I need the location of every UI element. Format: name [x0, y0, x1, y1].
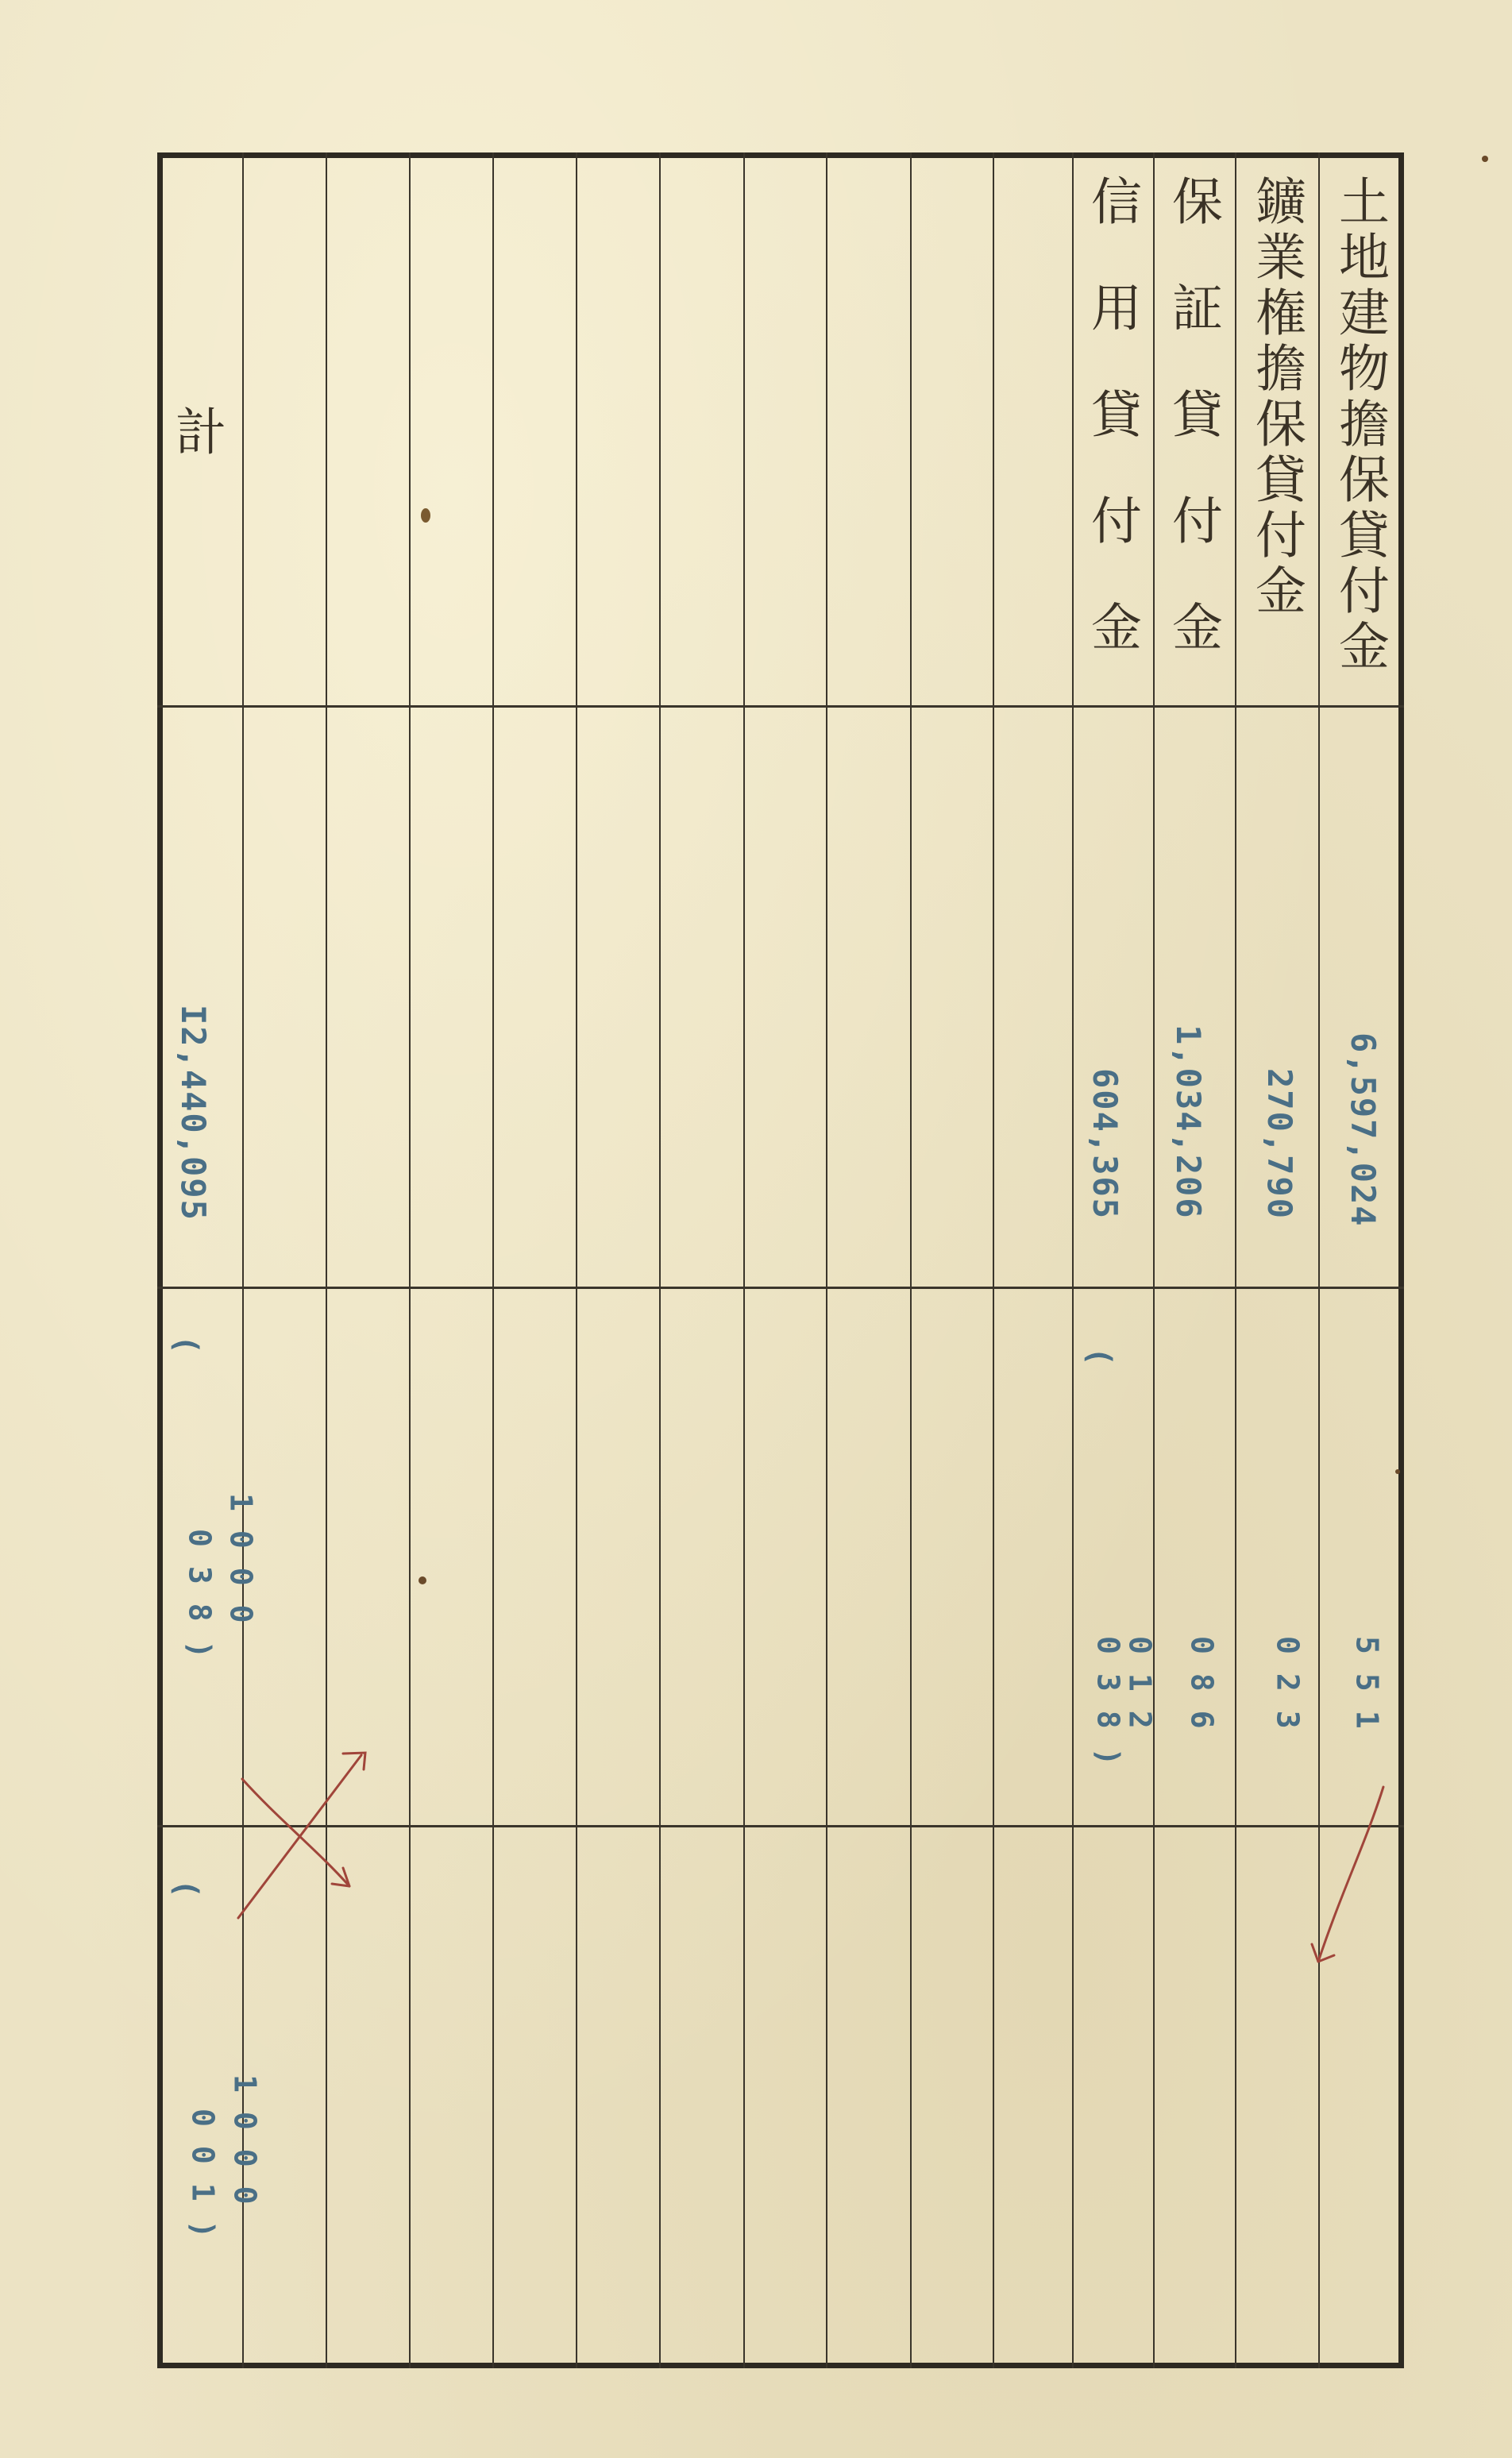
paper-stain: [418, 1576, 426, 1584]
paper-stain: [1482, 156, 1488, 162]
paper-stain: [1395, 1469, 1400, 1474]
red-pencil-arrows: [0, 0, 1512, 2458]
paper-stain: [421, 508, 430, 523]
